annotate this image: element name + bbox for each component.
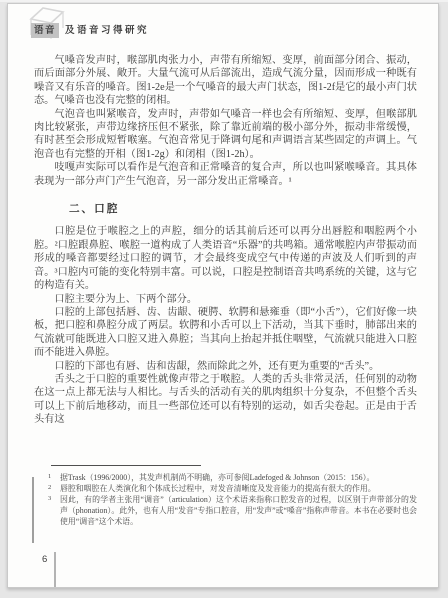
page-number: 6 — [42, 554, 47, 565]
body-text-block: 气嗓音发声时，喉部肌肉张力小，声带有所缩短、变厚，前面部分闭合、振动，而后面部分… — [34, 54, 417, 427]
footnote-number: 2 — [48, 482, 60, 493]
paragraph: 口腔主要分为上、下两个部分。 — [34, 293, 417, 306]
paragraph: 口腔的下部也有唇、齿和齿龈，然而除此之外，还有更为重要的“舌头”。 — [34, 360, 417, 373]
footnote: 1 据Trask（1996/2000），其发声机制尚不明确，亦可参阅Ladefo… — [48, 472, 417, 483]
paragraph: 吱嘎声实际可以看作是气泡音和正常嗓音的复合声，所以也叫紧喉嗓音。其具体表现为一部… — [34, 161, 417, 188]
footnote-number: 3 — [48, 493, 60, 526]
footnote-text: 据Trask（1996/2000），其发声机制尚不明确，亦可参阅Ladefoge… — [60, 472, 417, 483]
scan-edge-line — [32, 477, 34, 543]
paragraph: 口腔的上部包括唇、齿、齿龈、硬腭、软腭和悬雍垂（即“小舌”），它们好像一块板，把… — [34, 306, 417, 360]
paragraph: 舌头之于口腔的重要性就像声带之于喉腔。人类的舌头非常灵活，任何别的动物在这一点上… — [34, 373, 417, 427]
footnote: 2 唇腔和咽腔在人类演化和个体成长过程中，对发音清晰度及发音能力的提高有很大的作… — [48, 483, 417, 494]
footnote-text: 因此，有的学者主张用“调音”（articulation）这个术语来指称口腔发音的… — [60, 494, 417, 527]
section-heading: 二、口腔 — [34, 203, 417, 216]
footnote-block: 1 据Trask（1996/2000），其发声机制尚不明确，亦可参阅Ladefo… — [34, 465, 417, 527]
paragraph: 口腔是位于喉腔之上的声腔，细分的话其前后还可以再分出唇腔和咽腔两个小腔。²口腔跟… — [34, 225, 417, 292]
page-number-rule — [54, 552, 56, 587]
paragraph: 气嗓音发声时，喉部肌肉张力小，声带有所缩短、变厚，前面部分闭合、振动，而后面部分… — [34, 54, 417, 108]
paragraph: 气泡音也叫紧喉音，发声时，声带如气嗓音一样也会有所缩短、变厚，但喉部肌肉比较紧张… — [34, 108, 417, 162]
footnote-divider — [51, 465, 201, 466]
footnote-text: 唇腔和咽腔在人类演化和个体成长过程中，对发音清晰度及发音能力的提高有很大的作用。 — [60, 483, 417, 494]
running-header: 语音 及语音习得研究 — [8, 4, 438, 46]
footnote-number: 1 — [48, 471, 60, 482]
scanned-page-background: 语音 及语音习得研究 气嗓音发声时，喉部肌肉张力小，声带有所缩短、变厚，前面部分… — [0, 0, 448, 598]
header-chapter-tab: 语音 — [31, 23, 59, 38]
header-book-title: 及语音习得研究 — [65, 23, 149, 38]
book-page: 语音 及语音习得研究 气嗓音发声时，喉部肌肉张力小，声带有所缩短、变厚，前面部分… — [7, 3, 439, 588]
footnote: 3 因此，有的学者主张用“调音”（articulation）这个术语来指称口腔发… — [48, 494, 417, 527]
